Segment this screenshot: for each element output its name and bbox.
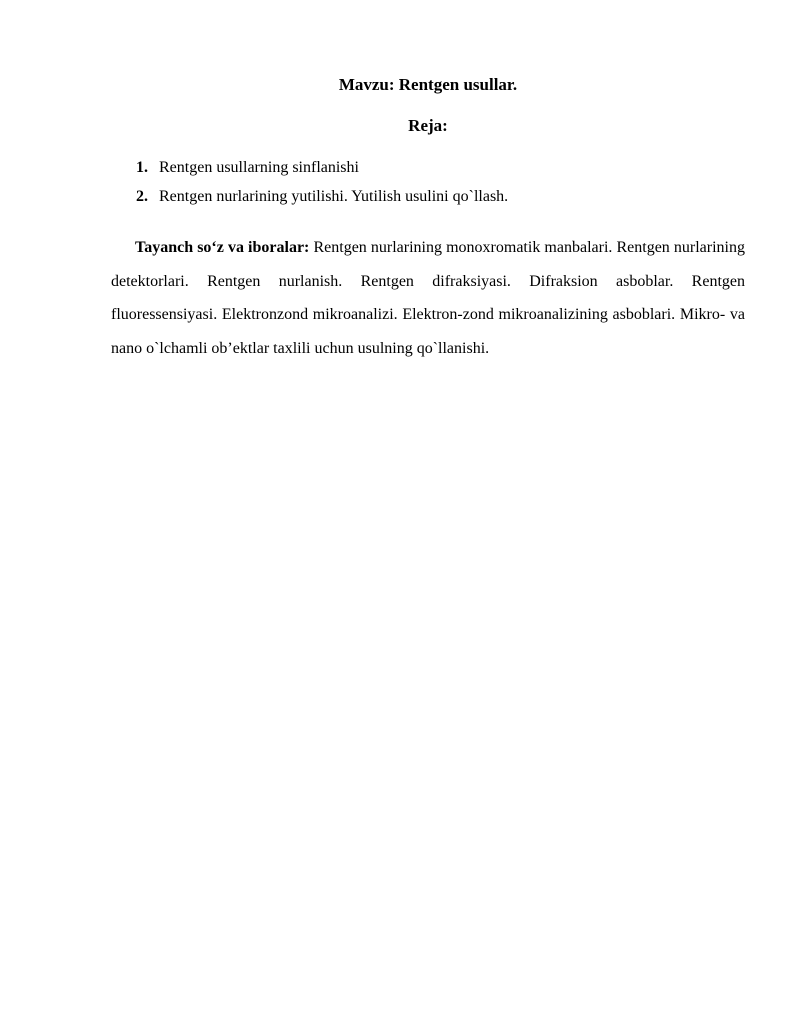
plan-item-number: 1. — [136, 158, 159, 178]
document-page: Mavzu: Rentgen usullar. Reja: 1.Rentgen … — [0, 0, 800, 1035]
plan-list: 1.Rentgen usullarning sinflanishi 2.Rent… — [136, 158, 508, 216]
keywords-paragraph: Tayanch so‘z va iboralar: Rentgen nurlar… — [111, 231, 745, 365]
plan-item: 2.Rentgen nurlarining yutilishi. Yutilis… — [136, 187, 508, 216]
plan-item: 1.Rentgen usullarning sinflanishi — [136, 158, 508, 187]
keywords-text: Rentgen nurlarining monoxromatik manbala… — [111, 239, 745, 357]
plan-heading: Reja: — [28, 116, 800, 136]
document-title: Mavzu: Rentgen usullar. — [28, 75, 800, 95]
plan-item-text: Rentgen usullarning sinflanishi — [159, 159, 359, 176]
plan-item-number: 2. — [136, 187, 159, 207]
plan-item-text: Rentgen nurlarining yutilishi. Yutilish … — [159, 188, 508, 205]
keywords-label: Tayanch so‘z va iboralar: — [135, 239, 309, 256]
